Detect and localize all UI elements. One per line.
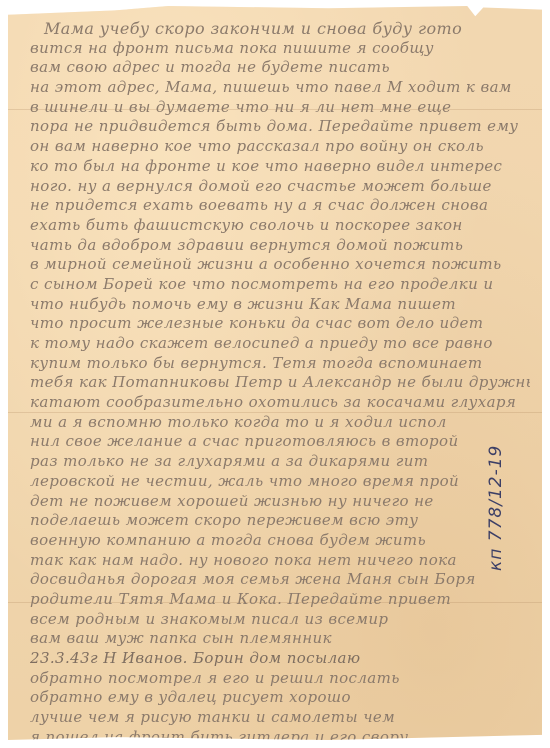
letter-line: ехать бить фашистскую сволочь и поскорее… bbox=[30, 216, 530, 236]
letter-line: тебя как Потапниковы Петр и Александр не… bbox=[30, 373, 530, 393]
letter-line: леровской не честии, жаль что много врем… bbox=[30, 472, 530, 492]
letter-line: всем родным и знакомым писал из всемир bbox=[30, 610, 530, 630]
letter-line: он вам наверно кое что рассказал про вой… bbox=[30, 137, 530, 157]
letter-line: пора не придвидется быть дома. Передайте… bbox=[30, 117, 530, 137]
letter-line: в мирной семейной жизни а особенно хочет… bbox=[30, 255, 530, 275]
letter-line: чать да вдобром здравии вернутся домой п… bbox=[30, 236, 530, 256]
letter-line: купим только бы вернутся. Тетя тогда всп… bbox=[30, 354, 530, 374]
letter-line: ми а я вспомню только когда то и я ходил… bbox=[30, 413, 530, 433]
letter-line: досвиданья дорогая моя семья жена Маня с… bbox=[30, 570, 530, 590]
letter-line: нил свое желание а счас приготовляюсь в … bbox=[30, 432, 530, 452]
letter-line: ного. ну а вернулся домой его счастье мо… bbox=[30, 177, 530, 197]
letter-page: Мама учебу скоро закончим и снова буду г… bbox=[8, 6, 542, 740]
letter-line: вам ваш муж папка сын племянник bbox=[30, 629, 530, 649]
letter-line: я пошел на фронт бить гитлера и его свор… bbox=[30, 728, 530, 748]
letter-signature-line: 23.3.43г Н Иванов. Борин дом посылаю bbox=[30, 649, 530, 669]
archive-inventory-mark: кп 778/12-19 bbox=[486, 445, 506, 571]
letter-line: поделаешь может скоро переживем всю эту bbox=[30, 511, 530, 531]
letter-line: лучше чем я рисую танки и самолеты чем bbox=[30, 708, 530, 728]
letter-line: катают сообразительно охотились за косач… bbox=[30, 393, 530, 413]
letter-line: к тому надо скажет велосипед а приеду то… bbox=[30, 334, 530, 354]
letter-body: Мама учебу скоро закончим и снова буду г… bbox=[30, 19, 530, 747]
letter-line: так как нам надо. ну нового пока нет нич… bbox=[30, 551, 530, 571]
letter-line: обратно посмотрел я его и решил послать bbox=[30, 669, 530, 689]
letter-line: что просит железные коньки да счас вот д… bbox=[30, 314, 530, 334]
letter-line: родители Тятя Мама и Кока. Передайте при… bbox=[30, 590, 530, 610]
letter-line: вам свою адрес и тогда не будете писать bbox=[30, 58, 530, 78]
letter-line: не придется ехать воевать ну а я счас до… bbox=[30, 196, 530, 216]
letter-line: дет не поживем хорошей жизнью ну ничего … bbox=[30, 492, 530, 512]
letter-line: раз только не за глухарями а за дикарями… bbox=[30, 452, 530, 472]
letter-line: ко то был на фронте и кое что наверно ви… bbox=[30, 157, 530, 177]
letter-line: на этот адрес, Мама, пишешь что павел М … bbox=[30, 78, 530, 98]
letter-line: военную компанию а тогда снова будем жит… bbox=[30, 531, 530, 551]
letter-line: Мама учебу скоро закончим и снова буду г… bbox=[30, 19, 530, 39]
letter-line: обратно ему в удалец рисует хорошо bbox=[30, 688, 530, 708]
letter-line: что нибудь помочь ему в жизни Как Мама п… bbox=[30, 295, 530, 315]
letter-line: в шинели и вы думаете что ни я ли нет мн… bbox=[30, 98, 530, 118]
letter-line: вится на фронт письма пока пишите я сооб… bbox=[30, 39, 530, 59]
letter-line: с сыном Борей кое что посмотреть на его … bbox=[30, 275, 530, 295]
